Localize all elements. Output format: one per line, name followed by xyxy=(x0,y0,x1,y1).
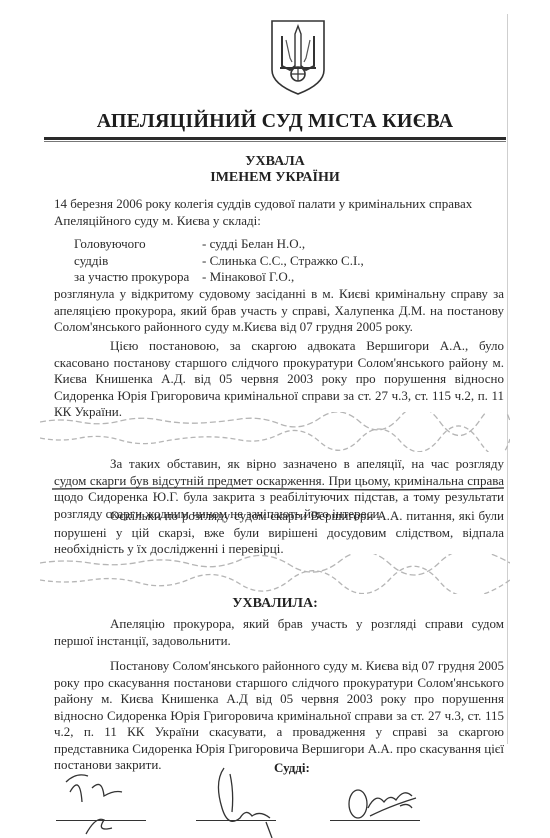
signature-line xyxy=(330,820,420,821)
in-name-of-ukraine: ІМЕНЕМ УКРАЇНИ xyxy=(40,170,510,186)
court-ruling-page: АПЕЛЯЦІЙНИЙ СУД МІСТА КИЄВА УХВАЛА ІМЕНЕ… xyxy=(40,14,510,834)
signature-3-icon xyxy=(330,762,440,838)
signature-judge-1 xyxy=(56,762,166,838)
composition-row: за участю прокурора - Мінакової Г.О., xyxy=(74,269,364,286)
document-type: УХВАЛА xyxy=(40,154,510,170)
composition-row: Головуючого - судді Белан Н.О., xyxy=(74,236,364,253)
signature-judge-3 xyxy=(330,762,440,838)
signature-judge-2 xyxy=(196,762,306,838)
intro-paragraph: 14 березня 2006 року колегія суддів судо… xyxy=(54,196,504,229)
signature-1-icon xyxy=(56,762,166,838)
court-name-heading: АПЕЛЯЦІЙНИЙ СУД МІСТА КИЄВА xyxy=(40,110,510,133)
signature-2-icon xyxy=(196,762,306,838)
header-rule-thin xyxy=(44,141,506,142)
trident-coat-of-arms-icon xyxy=(268,18,328,96)
resolution-appeal-granted: Апеляцію прокурора, який брав участь у р… xyxy=(54,616,504,649)
signature-line xyxy=(56,820,146,821)
resolution-decision-annulled: Постанову Солом'янського районного суду … xyxy=(54,658,504,774)
torn-gap-divider xyxy=(40,554,510,594)
considered-paragraph: розглянула у відкритому судовому засідан… xyxy=(54,286,504,336)
court-composition: Головуючого - судді Белан Н.О., суддів -… xyxy=(74,236,364,286)
resolved-heading: УХВАЛИЛА: xyxy=(40,596,510,612)
header-rule xyxy=(44,137,506,140)
torn-gap-divider xyxy=(40,412,510,452)
signature-line xyxy=(196,820,276,821)
composition-row: суддів - Слинька С.С., Стражко С.І., xyxy=(74,253,364,270)
paragraph-annulled-decision: Цією постановою, за скаргою адвоката Вер… xyxy=(54,338,504,421)
handwritten-underline xyxy=(52,484,504,494)
paragraph-necessity: Оскільки по розгляду судом скарги Вершиг… xyxy=(54,508,504,558)
